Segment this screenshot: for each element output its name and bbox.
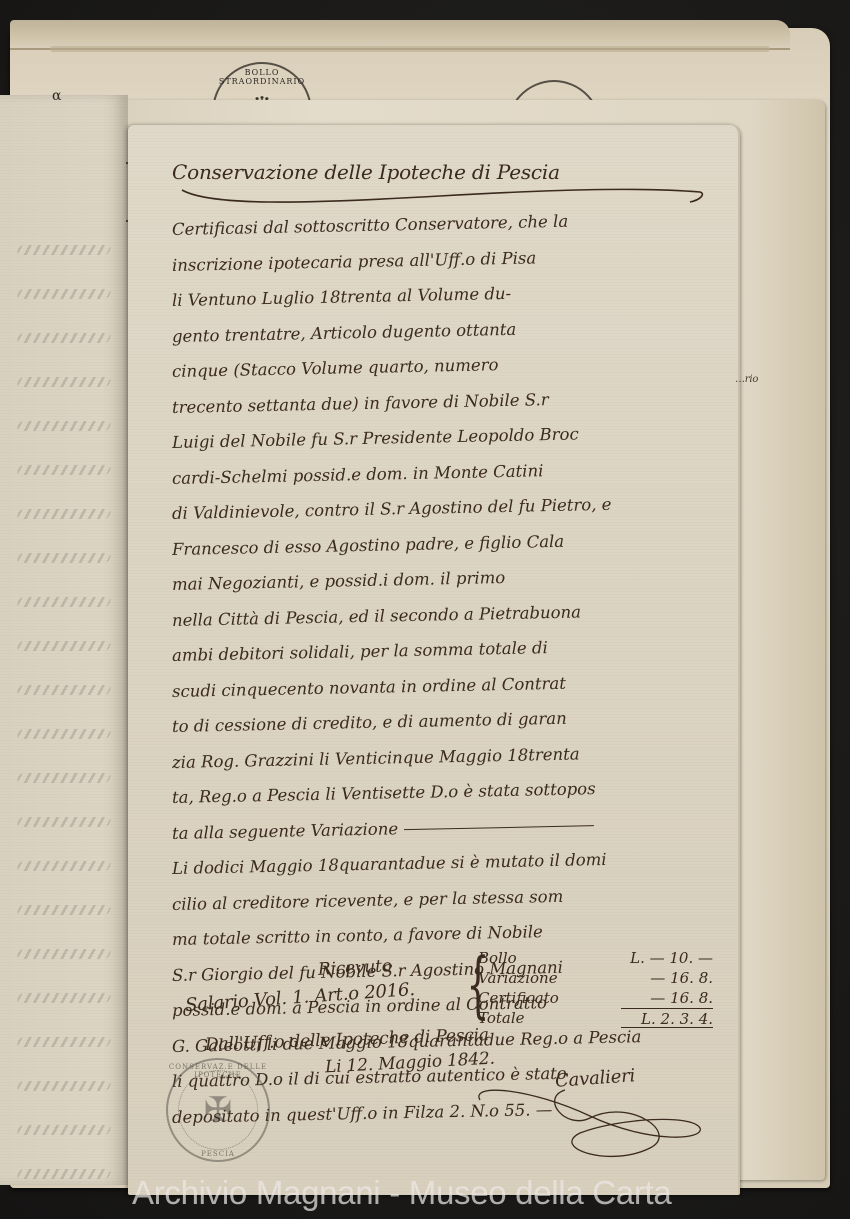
fee-amount: L. — 10. — bbox=[621, 948, 713, 968]
fee-label: Bollo bbox=[478, 948, 517, 968]
stamp-ring-text: CONSERVAZ.E DELLE IPOTECHE bbox=[168, 1063, 268, 1079]
body-line-text: ta alla seguente Variazione bbox=[172, 819, 399, 843]
line-filler-rule bbox=[404, 825, 594, 830]
margin-note: …rio bbox=[735, 374, 758, 385]
stamp-ring-text: BOLLO STRAORDINARIO bbox=[214, 68, 310, 86]
fee-row-variazione: Variazione — 16. 8. bbox=[478, 968, 713, 988]
fee-row-certificato: Certificato — 16. 8. bbox=[478, 988, 713, 1008]
archive-watermark: Archivio Magnani - Museo della Carta bbox=[132, 1174, 671, 1212]
fee-label: Certificato bbox=[478, 988, 559, 1008]
signature-flourish-icon bbox=[470, 1078, 710, 1168]
torn-edge-shadow bbox=[50, 46, 770, 52]
fee-amount: — 16. 8. bbox=[621, 988, 713, 1008]
fee-row-bollo: Bollo L. — 10. — bbox=[478, 948, 713, 968]
ricevuto-label: Ricevuto bbox=[318, 956, 393, 980]
corner-mark: α bbox=[52, 88, 61, 104]
bleed-through-text bbox=[8, 225, 118, 1193]
fee-total-amount: L. 2. 3. 4. bbox=[621, 1008, 713, 1028]
fee-amount: — 16. 8. bbox=[621, 968, 713, 988]
fee-table: Bollo L. — 10. — Variazione — 16. 8. Cer… bbox=[478, 948, 713, 1028]
stamp-place-text: PESCIA bbox=[168, 1150, 268, 1158]
conservazione-ipoteche-stamp: CONSERVAZ.E DELLE IPOTECHE ✠ PESCIA bbox=[166, 1058, 270, 1162]
fee-label: Variazione bbox=[478, 968, 558, 988]
fee-row-totale: Totale L. 2. 3. 4. bbox=[478, 1008, 713, 1028]
left-folded-sheet bbox=[0, 95, 128, 1185]
document-heading: Conservazione delle Ipoteche di Pescia bbox=[172, 160, 560, 184]
